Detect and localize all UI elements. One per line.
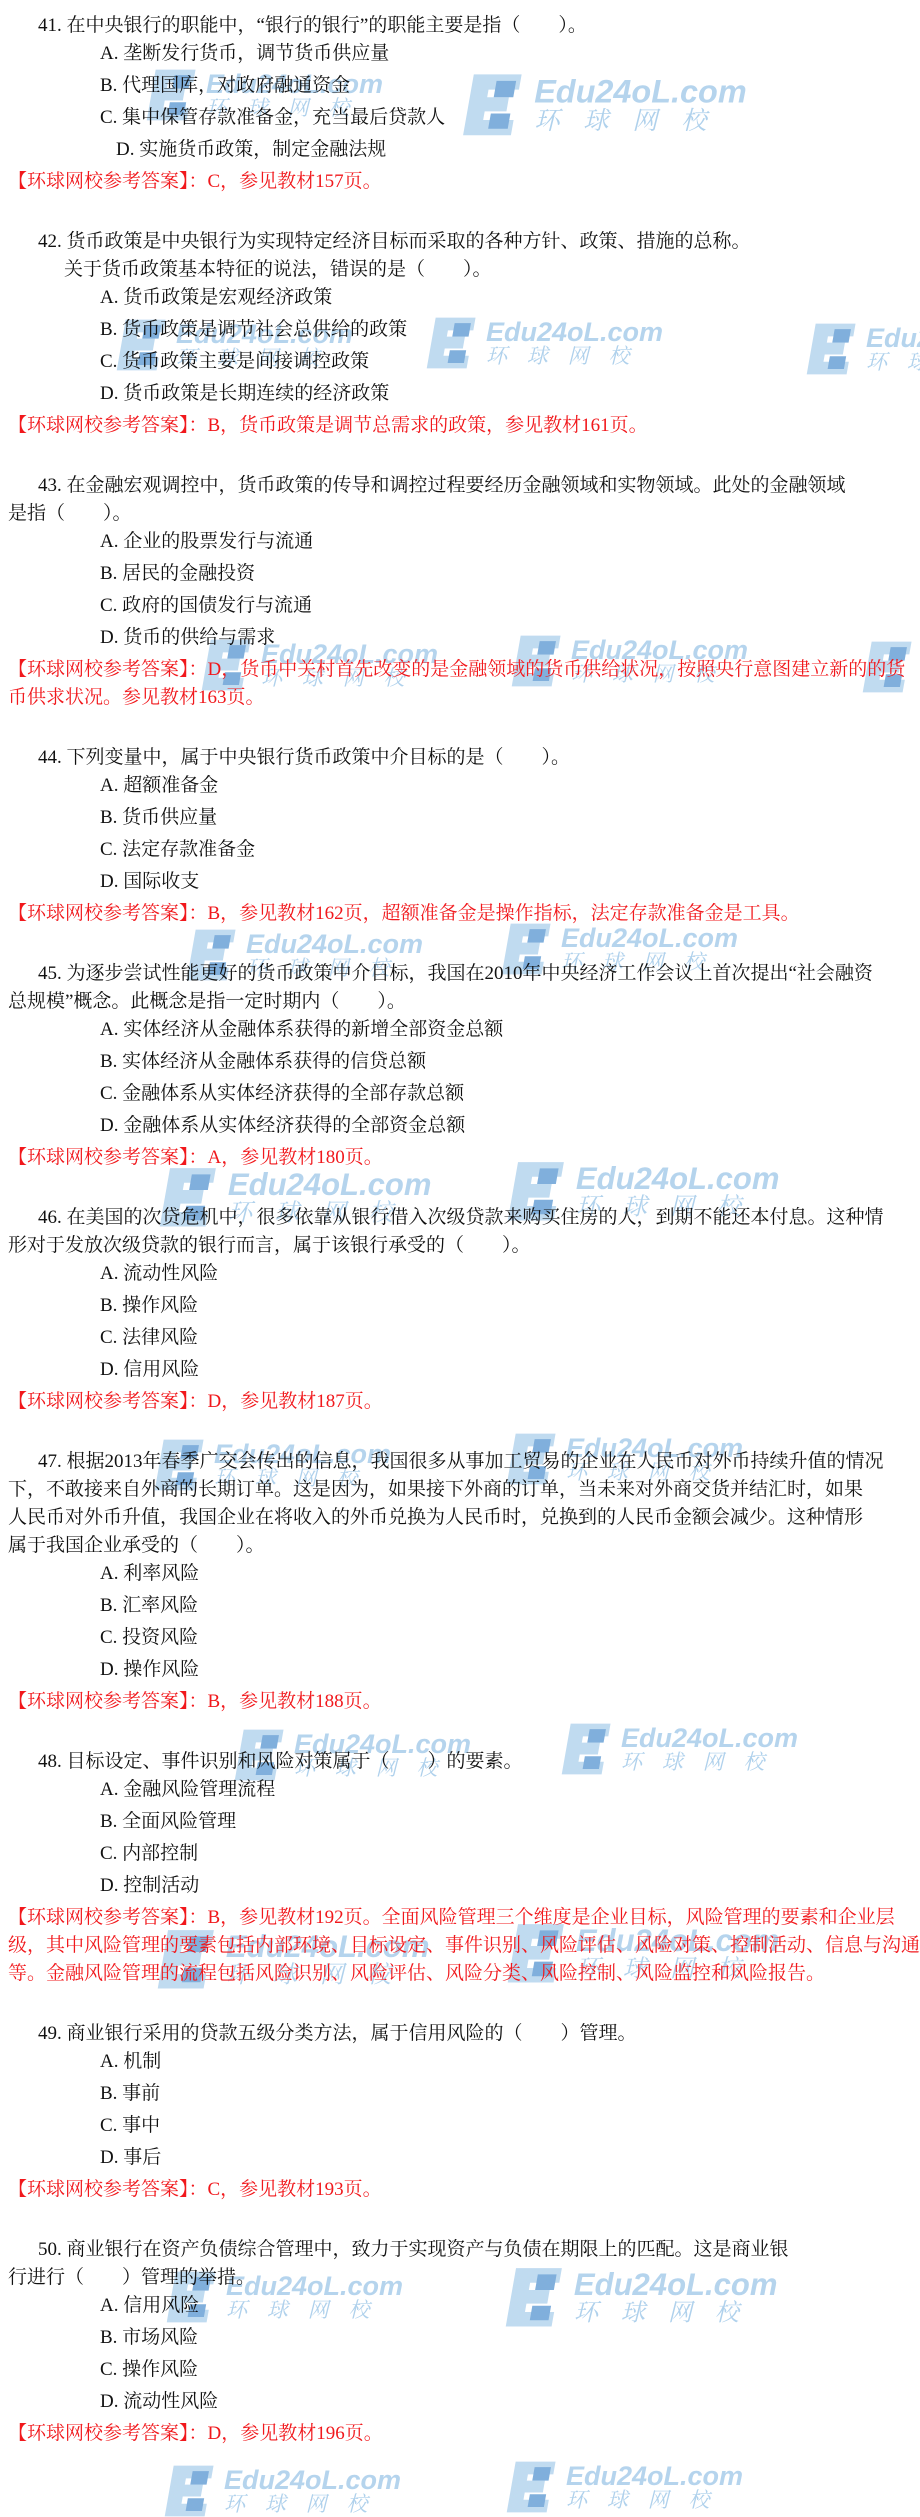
answer-line: 【环球网校参考答案】：B，参见教材188页。 [0,1688,920,1716]
question-47: 47. 根据2013年春季广交会传出的信息，我国很多从事加工贸易的企业在人民币对… [0,1448,920,1716]
exam-document-page: Edu24oL.com环 球 网 校Edu24oL.com环 球 网 校Edu2… [0,0,920,2517]
option-line: C. 集中保管存款准备金，充当最后贷款人 [0,104,920,132]
question-text-line: 下，不敢接来自外商的长期订单。这是因为，如果接下外商的订单，当未来对外商交货并结… [0,1476,920,1504]
question-text-line: 49. 商业银行采用的贷款五级分类方法，属于信用风险的（ ）管理。 [0,2020,920,2048]
question-text-line: 47. 根据2013年春季广交会传出的信息，我国很多从事加工贸易的企业在人民币对… [0,1448,920,1476]
option-line: D. 操作风险 [0,1656,920,1684]
option-line: B. 代理国库，对政府融通资金 [0,72,920,100]
answer-line: 【环球网校参考答案】：B，参见教材162页，超额准备金是操作指标，法定存款准备金… [0,900,920,928]
question-text-line: 41. 在中央银行的职能中，“银行的银行”的职能主要是指（ ）。 [0,12,920,40]
edu24ol-watermark: Edu24oL.com环 球 网 校 [158,2462,401,2517]
question-text-line: 44. 下列变量中，属于中央银行货币政策中介目标的是（ ）。 [0,744,920,772]
option-line: B. 全面风险管理 [0,1808,920,1836]
question-50: 50. 商业银行在资产负债综合管理中，致力于实现资产与负债在期限上的匹配。这是商… [0,2236,920,2448]
option-line: A. 信用风险 [0,2292,920,2320]
option-line: C. 事中 [0,2112,920,2140]
option-line: B. 市场风险 [0,2324,920,2352]
answer-line: 【环球网校参考答案】：B，货币政策是调节总需求的政策，参见教材161页。 [0,412,920,440]
option-line: D. 流动性风险 [0,2388,920,2416]
option-line: D. 事后 [0,2144,920,2172]
option-line: A. 企业的股票发行与流通 [0,528,920,556]
question-text-line: 形对于发放次级贷款的银行而言，属于该银行承受的（ ）。 [0,1232,920,1260]
question-text-line: 是指（ ）。 [0,500,920,528]
option-line: B. 货币政策是调节社会总供给的政策 [0,316,920,344]
option-line: A. 货币政策是宏观经济政策 [0,284,920,312]
watermark-school-text: 环 球 网 校 [224,2494,401,2516]
question-text-line: 46. 在美国的次贷危机中，很多依靠从银行借入次级贷款来购买住房的人，到期不能还… [0,1204,920,1232]
answer-line: 【环球网校参考答案】：D，货币中关村首先改变的是金融领域的货币供给状况，按照央行… [0,656,920,712]
answer-line: 【环球网校参考答案】：C，参见教材193页。 [0,2176,920,2204]
question-text-line: 48. 目标设定、事件识别和风险对策属于（ ）的要素。 [0,1748,920,1776]
answer-line: 【环球网校参考答案】：C，参见教材157页。 [0,168,920,196]
edu24ol-watermark: Edu24oL.com环 球 网 校 [500,2458,743,2516]
option-line: D. 控制活动 [0,1872,920,1900]
option-line: A. 实体经济从金融体系获得的新增全部资金总额 [0,1016,920,1044]
question-text-line: 行进行（ ）管理的举措。 [0,2264,920,2292]
option-line: D. 货币的供给与需求 [0,624,920,652]
option-line: B. 汇率风险 [0,1592,920,1620]
option-line: B. 居民的金融投资 [0,560,920,588]
answer-line: 【环球网校参考答案】：A，参见教材180页。 [0,1144,920,1172]
question-text-line: 关于货币政策基本特征的说法，错误的是（ ）。 [0,256,920,284]
option-line: C. 操作风险 [0,2356,920,2384]
question-text-line: 43. 在金融宏观调控中，货币政策的传导和调控过程要经历金融领域和实物领域。此处… [0,472,920,500]
option-line: B. 事前 [0,2080,920,2108]
option-line: B. 操作风险 [0,1292,920,1320]
option-line: C. 法定存款准备金 [0,836,920,864]
option-line: A. 机制 [0,2048,920,2076]
option-line: D. 金融体系从实体经济获得的全部资金总额 [0,1112,920,1140]
option-line: C. 法律风险 [0,1324,920,1352]
option-line: B. 货币供应量 [0,804,920,832]
question-44: 44. 下列变量中，属于中央银行货币政策中介目标的是（ ）。 A. 超额准备金 … [0,744,920,928]
option-line: D. 信用风险 [0,1356,920,1384]
question-text-line: 42. 货币政策是中央银行为实现特定经济目标而采取的各种方针、政策、措施的总称。 [0,228,920,256]
question-46: 46. 在美国的次贷危机中，很多依靠从银行借入次级贷款来购买住房的人，到期不能还… [0,1204,920,1416]
option-line: A. 流动性风险 [0,1260,920,1288]
question-41: 41. 在中央银行的职能中，“银行的银行”的职能主要是指（ ）。 A. 垄断发行… [0,12,920,196]
edu24ol-logo-icon [500,2458,558,2516]
question-42: 42. 货币政策是中央银行为实现特定经济目标而采取的各种方针、政策、措施的总称。… [0,228,920,440]
question-text-line: 50. 商业银行在资产负债综合管理中，致力于实现资产与负债在期限上的匹配。这是商… [0,2236,920,2264]
option-line: C. 货币政策主要是间接调控政策 [0,348,920,376]
question-43: 43. 在金融宏观调控中，货币政策的传导和调控过程要经历金融领域和实物领域。此处… [0,472,920,712]
option-line: C. 金融体系从实体经济获得的全部存款总额 [0,1080,920,1108]
option-line: D. 货币政策是长期连续的经济政策 [0,380,920,408]
watermark-domain-text: Edu24oL.com [224,2466,401,2494]
document-content: 41. 在中央银行的职能中，“银行的银行”的职能主要是指（ ）。 A. 垄断发行… [0,0,920,2448]
option-line: B. 实体经济从金融体系获得的信贷总额 [0,1048,920,1076]
option-line: D. 国际收支 [0,868,920,896]
option-line: A. 金融风险管理流程 [0,1776,920,1804]
watermark-domain-text: Edu24oL.com [566,2462,743,2490]
edu24ol-logo-icon [158,2462,216,2517]
option-line: A. 垄断发行货币，调节货币供应量 [0,40,920,68]
question-text-line: 45. 为逐步尝试性能更好的货币政策中介目标，我国在2010年中央经济工作会议上… [0,960,920,988]
question-text-line: 总规模”概念。此概念是指一定时期内（ ）。 [0,988,920,1016]
option-line: C. 内部控制 [0,1840,920,1868]
answer-line: 【环球网校参考答案】：B，参见教材192页。全面风险管理三个维度是企业目标，风险… [0,1904,920,1988]
option-line: C. 政府的国债发行与流通 [0,592,920,620]
option-line: A. 利率风险 [0,1560,920,1588]
answer-line: 【环球网校参考答案】：D，参见教材196页。 [0,2420,920,2448]
watermark-school-text: 环 球 网 校 [566,2490,743,2512]
option-line: C. 投资风险 [0,1624,920,1652]
question-45: 45. 为逐步尝试性能更好的货币政策中介目标，我国在2010年中央经济工作会议上… [0,960,920,1172]
option-line: A. 超额准备金 [0,772,920,800]
question-48: 48. 目标设定、事件识别和风险对策属于（ ）的要素。 A. 金融风险管理流程 … [0,1748,920,1988]
question-text-line: 人民币对外币升值，我国企业在将收入的外币兑换为人民币时，兑换到的人民币金额会减少… [0,1504,920,1532]
question-49: 49. 商业银行采用的贷款五级分类方法，属于信用风险的（ ）管理。 A. 机制 … [0,2020,920,2204]
question-text-line: 属于我国企业承受的（ ）。 [0,1532,920,1560]
option-line: D. 实施货币政策，制定金融法规 [0,136,920,164]
answer-line: 【环球网校参考答案】：D，参见教材187页。 [0,1388,920,1416]
